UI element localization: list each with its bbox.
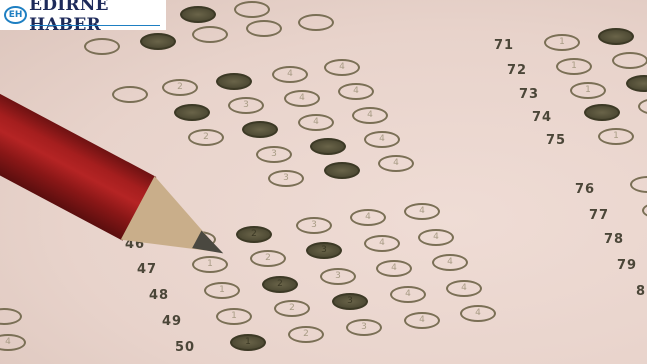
answer-bubble: 4 bbox=[338, 83, 374, 100]
answer-bubble: 4 bbox=[404, 312, 440, 329]
answer-bubble: 1 bbox=[204, 282, 240, 299]
question-number: 75 bbox=[546, 133, 566, 148]
filled-answer-bubble bbox=[584, 104, 620, 121]
answer-bubble: 4 bbox=[364, 131, 400, 148]
filled-answer-bubble bbox=[324, 162, 360, 179]
answer-bubble bbox=[298, 14, 334, 31]
question-number: 71 bbox=[494, 38, 514, 53]
answer-bubble: 4 bbox=[390, 286, 426, 303]
answer-bubble: 1 bbox=[570, 82, 606, 99]
answer-bubble: 4 bbox=[284, 90, 320, 107]
filled-answer-bubble bbox=[310, 138, 346, 155]
answer-bubble: 4 bbox=[324, 59, 360, 76]
answer-bubble: 4 bbox=[378, 155, 414, 172]
answer-bubble: 1 bbox=[598, 128, 634, 145]
answer-bubble: 4 bbox=[364, 235, 400, 252]
answer-bubble: 4 bbox=[0, 334, 26, 351]
answer-bubble: 4 bbox=[350, 209, 386, 226]
question-number: 79 bbox=[617, 258, 637, 273]
answer-bubble: 4 bbox=[352, 107, 388, 124]
answer-bubble bbox=[642, 202, 647, 219]
filled-answer-bubble: 2 bbox=[262, 276, 298, 293]
logo-underline bbox=[30, 25, 160, 26]
answer-bubble bbox=[630, 176, 647, 193]
answer-bubble: 3 bbox=[346, 319, 382, 336]
filled-answer-bubble bbox=[242, 121, 278, 138]
answer-bubble: 2 bbox=[250, 250, 286, 267]
site-logo[interactable]: EH EDİRNE HABER bbox=[0, 0, 166, 30]
filled-answer-bubble bbox=[216, 73, 252, 90]
question-number: 47 bbox=[137, 262, 157, 277]
question-number: 48 bbox=[149, 288, 169, 303]
answer-bubble: 4 bbox=[446, 280, 482, 297]
answer-bubble: 3 bbox=[320, 268, 356, 285]
question-number: 50 bbox=[175, 340, 195, 355]
question-number: 72 bbox=[507, 63, 527, 78]
answer-bubble bbox=[234, 1, 270, 18]
question-number: 77 bbox=[589, 208, 609, 223]
filled-answer-bubble bbox=[180, 6, 216, 23]
answer-bubble: 4 bbox=[404, 203, 440, 220]
filled-answer-bubble bbox=[140, 33, 176, 50]
logo-text: EDİRNE HABER bbox=[29, 0, 166, 35]
filled-answer-bubble: 2 bbox=[236, 226, 272, 243]
answer-bubble bbox=[0, 308, 22, 325]
answer-bubble: 3 bbox=[296, 217, 332, 234]
answer-bubble: 2 bbox=[274, 300, 310, 317]
answer-bubble: 1 bbox=[544, 34, 580, 51]
answer-bubble bbox=[246, 20, 282, 37]
answer-bubble: 2 bbox=[188, 129, 224, 146]
answer-bubble bbox=[192, 26, 228, 43]
answer-bubble bbox=[112, 86, 148, 103]
filled-answer-bubble bbox=[598, 28, 634, 45]
answer-bubble: 3 bbox=[228, 97, 264, 114]
answer-bubble bbox=[638, 98, 647, 115]
logo-mark-icon: EH bbox=[4, 6, 27, 24]
answer-bubble: 2 bbox=[162, 79, 198, 96]
answer-bubble: 4 bbox=[460, 305, 496, 322]
filled-answer-bubble: 3 bbox=[332, 293, 368, 310]
answer-bubble: 4 bbox=[298, 114, 334, 131]
question-number: 49 bbox=[162, 314, 182, 329]
answer-bubble: 1 bbox=[556, 58, 592, 75]
question-number: 78 bbox=[604, 232, 624, 247]
filled-answer-bubble: 1 bbox=[230, 334, 266, 351]
question-number: 73 bbox=[519, 87, 539, 102]
answer-bubble: 4 bbox=[432, 254, 468, 271]
answer-bubble: 4 bbox=[418, 229, 454, 246]
answer-bubble: 3 bbox=[268, 170, 304, 187]
answer-bubble: 2 bbox=[288, 326, 324, 343]
answer-bubble: 4 bbox=[272, 66, 308, 83]
answer-bubble: 4 bbox=[376, 260, 412, 277]
answer-bubble bbox=[612, 52, 647, 69]
question-number: 76 bbox=[575, 182, 595, 197]
filled-answer-bubble bbox=[626, 75, 647, 92]
filled-answer-bubble bbox=[174, 104, 210, 121]
question-number: 74 bbox=[532, 110, 552, 125]
question-number: 8 bbox=[636, 284, 646, 299]
answer-sheet-photo: 1234412344123441234412344244344244343411… bbox=[0, 0, 647, 364]
answer-bubble bbox=[84, 38, 120, 55]
filled-answer-bubble: 3 bbox=[306, 242, 342, 259]
answer-bubble: 1 bbox=[216, 308, 252, 325]
answer-bubble: 3 bbox=[256, 146, 292, 163]
